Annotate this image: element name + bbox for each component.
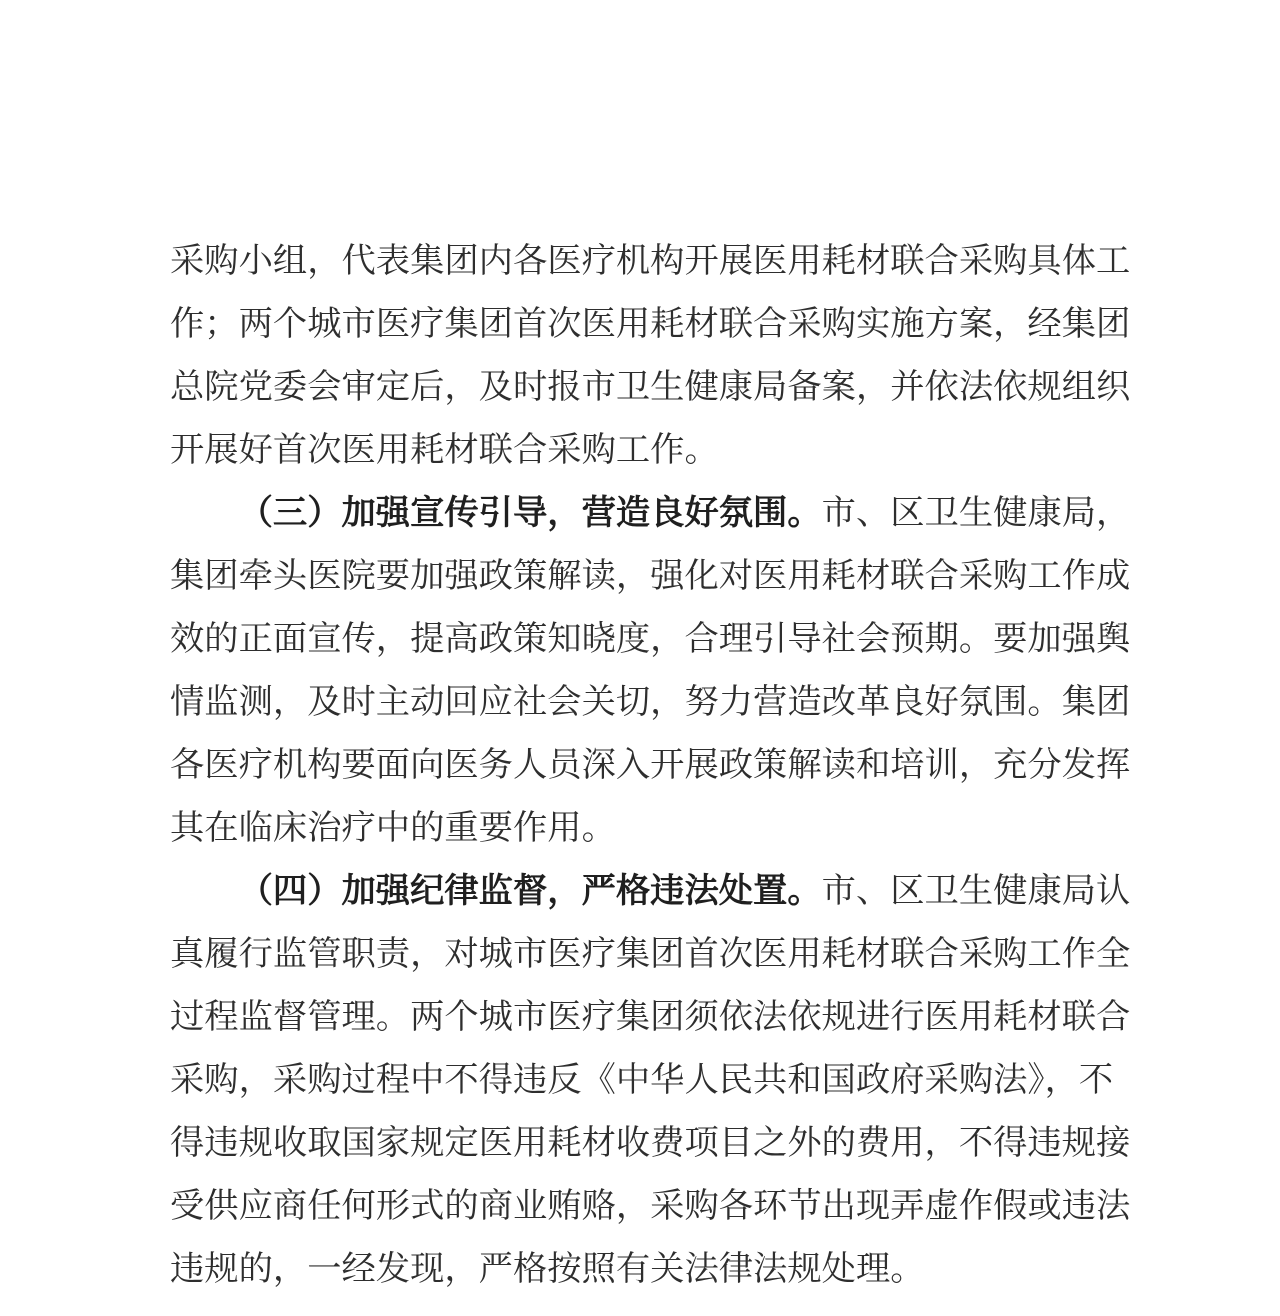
line-text: 效的正面宣传，提高政策知晓度，合理引导社会预期。要加强舆 [170,620,1130,658]
text-line: 集团牵头医院要加强政策解读，强化对医用耗材联合采购工作成 [170,545,1132,608]
line-text: 过程监督管理。两个城市医疗集团须依法依规进行医用耗材联合 [170,998,1130,1036]
section-heading-3: （三）加强宣传引导，营造良好氛围。 [239,494,822,532]
text-line: 各医疗机构要面向医务人员深入开展政策解读和培训，充分发挥 [170,734,1132,797]
text-line: 过程监督管理。两个城市医疗集团须依法依规进行医用耗材联合 [170,986,1132,1049]
line-text: 各医疗机构要面向医务人员深入开展政策解读和培训，充分发挥 [170,746,1130,784]
line-text: 集团牵头医院要加强政策解读，强化对医用耗材联合采购工作成 [170,557,1130,595]
text-line: 作；两个城市医疗集团首次医用耗材联合采购实施方案，经集团 [170,293,1132,356]
line-text: 违规的，一经发现，严格按照有关法律法规处理。 [170,1250,925,1288]
line-text: 采购小组，代表集团内各医疗机构开展医用耗材联合采购具体工 [170,242,1130,280]
text-line: 其在临床治疗中的重要作用。 [170,797,1132,860]
text-line: 真履行监管职责，对城市医疗集团首次医用耗材联合采购工作全 [170,923,1132,986]
line-text: 受供应商任何形式的商业贿赂，采购各环节出现弄虚作假或违法 [170,1187,1130,1225]
line-text: 开展好首次医用耗材联合采购工作。 [170,431,719,469]
document-page: 采购小组，代表集团内各医疗机构开展医用耗材联合采购具体工 作；两个城市医疗集团首… [0,0,1280,1316]
text-line: 采购小组，代表集团内各医疗机构开展医用耗材联合采购具体工 [170,230,1132,293]
line-text: 真履行监管职责，对城市医疗集团首次医用耗材联合采购工作全 [170,935,1130,973]
section-heading-4: （四）加强纪律监督，严格违法处置。 [239,872,822,910]
line-text: 作；两个城市医疗集团首次医用耗材联合采购实施方案，经集团 [170,305,1130,343]
text-line: （四）加强纪律监督，严格违法处置。市、区卫生健康局认 [170,860,1132,923]
text-line: 采购，采购过程中不得违反《中华人民共和国政府采购法》，不 [170,1049,1132,1112]
text-line: 得违规收取国家规定医用耗材收费项目之外的费用，不得违规接 [170,1112,1132,1175]
text-line: （三）加强宣传引导，营造良好氛围。市、区卫生健康局， [170,482,1132,545]
text-line: 情监测，及时主动回应社会关切，努力营造改革良好氛围。集团 [170,671,1132,734]
text-line: 总院党委会审定后，及时报市卫生健康局备案，并依法依规组织 [170,356,1132,419]
line-text: 总院党委会审定后，及时报市卫生健康局备案，并依法依规组织 [170,368,1130,406]
line-text: 采购，采购过程中不得违反《中华人民共和国政府采购法》，不 [170,1061,1113,1099]
line-text: 市、区卫生健康局认 [822,872,1131,910]
line-text: 情监测，及时主动回应社会关切，努力营造改革良好氛围。集团 [170,683,1130,721]
document-body: 采购小组，代表集团内各医疗机构开展医用耗材联合采购具体工 作；两个城市医疗集团首… [170,230,1132,1301]
text-line: 效的正面宣传，提高政策知晓度，合理引导社会预期。要加强舆 [170,608,1132,671]
text-line: 违规的，一经发现，严格按照有关法律法规处理。 [170,1238,1132,1301]
line-text: 其在临床治疗中的重要作用。 [170,809,616,847]
line-text: 市、区卫生健康局， [822,494,1131,532]
text-line: 开展好首次医用耗材联合采购工作。 [170,419,1132,482]
text-line: 受供应商任何形式的商业贿赂，采购各环节出现弄虚作假或违法 [170,1175,1132,1238]
line-text: 得违规收取国家规定医用耗材收费项目之外的费用，不得违规接 [170,1124,1130,1162]
